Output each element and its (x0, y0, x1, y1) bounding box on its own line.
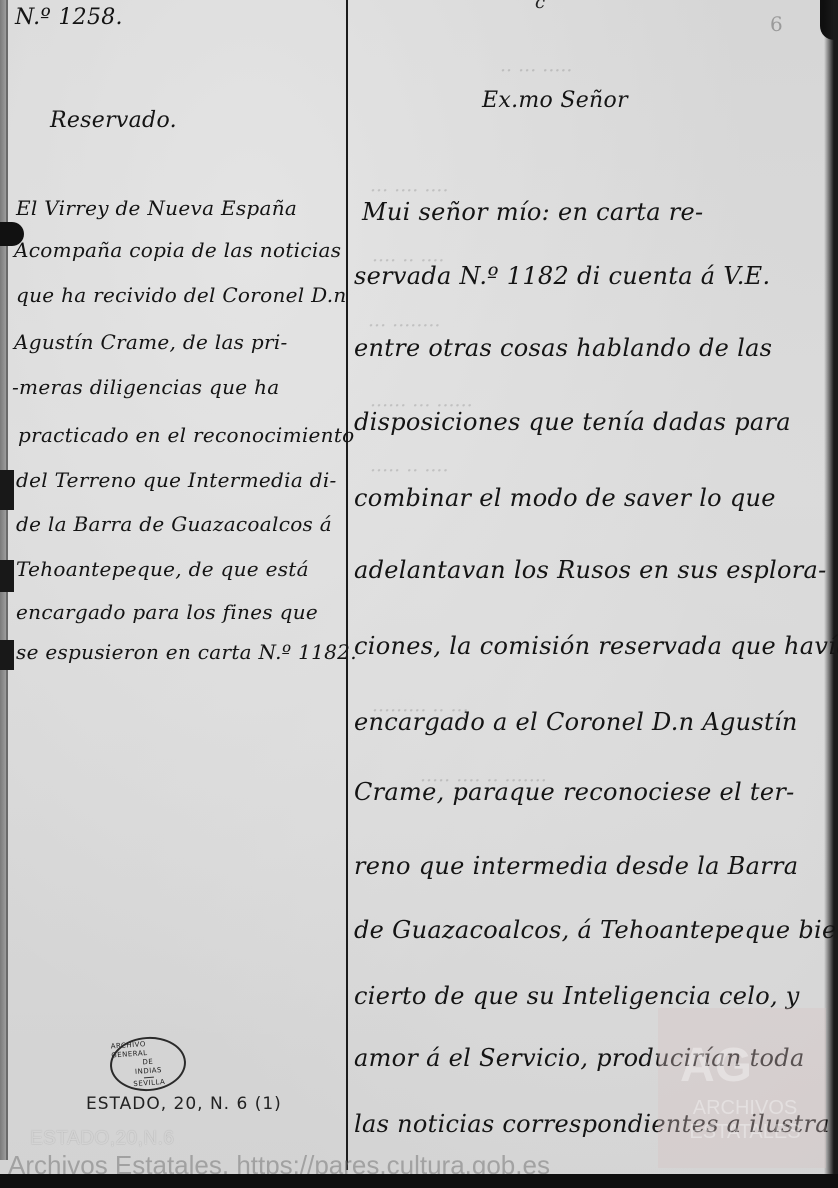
summary-line: -meras diligencias que ha (12, 375, 280, 399)
bleed-through-text: ····· ·· ···· (370, 460, 449, 482)
page-bottom-edge (0, 1174, 838, 1188)
page-mark: c (535, 0, 545, 13)
letter-line: Crame, paraque reconociese el ter- (354, 778, 795, 806)
summary-line: Acompaña copia de las noticias (14, 238, 341, 262)
stamp-line: SEVILLA (133, 1078, 166, 1089)
letter-line: adelantavan los Rusos en sus esplora- (354, 556, 827, 584)
letter-line: combinar el modo de saver lo que (354, 484, 776, 512)
binding-notch (0, 640, 14, 670)
folio-number: N.º 1258. (15, 5, 123, 30)
reserved-heading: Reservado. (50, 108, 177, 133)
letter-line: cierto de que su Inteligencia celo, y (354, 982, 800, 1010)
letter-line: encargado a el Coronel D.n Agustín (354, 708, 798, 736)
logo-initials: AG (680, 1038, 752, 1093)
summary-line: practicado en el reconocimiento (18, 423, 355, 447)
letter-line: entre otras cosas hablando de las (354, 334, 772, 362)
letter-line: ciones, la comisión reservada que havía (354, 632, 838, 660)
stamp-line: INDIAS (135, 1066, 163, 1077)
page-right-edge (824, 0, 838, 1188)
archive-logo-watermark: AG ARCHIVOS ESTATALES (658, 1008, 826, 1168)
letter-line: servada N.º 1182 di cuenta á V.E. (354, 262, 770, 290)
folio-corner-number: 6 (770, 12, 783, 36)
column-divider (346, 0, 348, 1170)
salutation: Ex.mo Señor (482, 88, 628, 113)
summary-line: del Terreno que Intermedia di- (16, 468, 337, 492)
summary-line: El Virrey de Nueva España (16, 196, 297, 220)
manuscript-page: ·· ··· ····· ··· ···· ···· ···· ·· ···· … (0, 0, 838, 1188)
summary-line: Agustín Crame, de las pri- (14, 330, 288, 354)
shelfmark: ESTADO, 20, N. 6 (1) (86, 1094, 282, 1114)
logo-text-line: ARCHIVOS (670, 1096, 820, 1120)
logo-text: ARCHIVOS ESTATALES (670, 1096, 820, 1144)
letter-line: disposiciones que tenía dadas para (354, 408, 791, 436)
summary-line: de la Barra de Guazacoalcos á (16, 512, 332, 536)
logo-text-line: ESTATALES (670, 1120, 820, 1144)
watermark-reference: ESTADO,20,N.6 (30, 1128, 174, 1150)
letter-line: Mui señor mío: en carta re- (362, 198, 703, 226)
archive-stamp: ARCHIVO GENERAL DE INDIAS SEVILLA (108, 1034, 188, 1093)
summary-line: que ha recivido del Coronel D.n (16, 283, 347, 307)
summary-line: Tehoantepeque, de que está (16, 557, 309, 581)
letter-line: reno que intermedia desde la Barra (354, 852, 798, 880)
binding-notch (0, 470, 14, 510)
summary-line: se espusieron en carta N.º 1182. (16, 640, 357, 664)
bleed-through-text: ·· ··· ····· (500, 60, 572, 82)
letter-line: de Guazacoalcos, á Tehoantepeque bien (354, 916, 838, 944)
summary-line: encargado para los fines que (16, 600, 318, 624)
binding-notch (0, 560, 14, 592)
